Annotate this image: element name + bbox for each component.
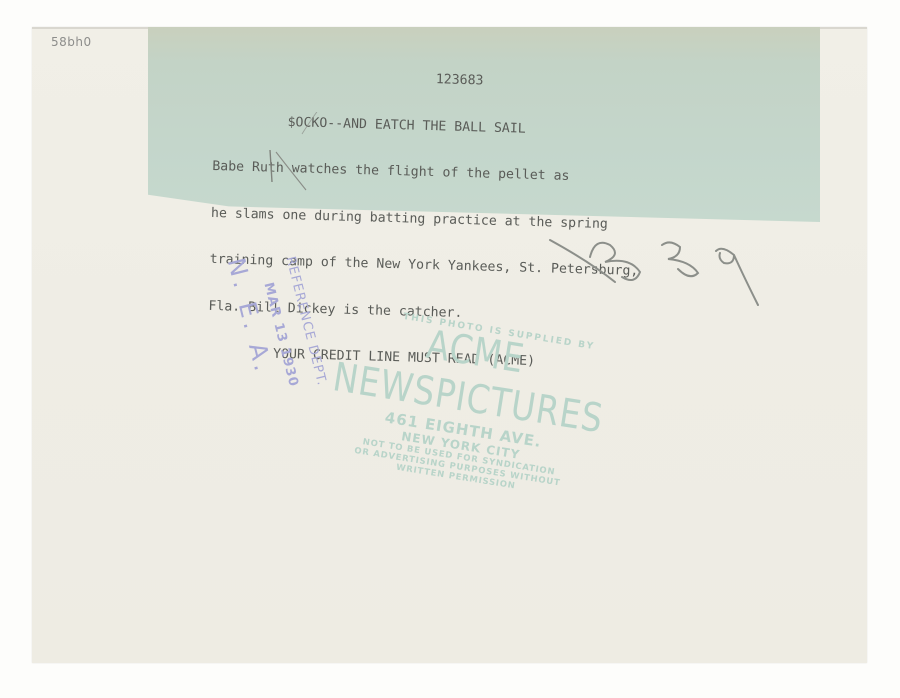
pencil-archive-id: 58bh0: [51, 35, 92, 49]
pencil-check-mark-icon: [262, 112, 342, 192]
handwritten-number-1339: [530, 217, 790, 327]
reference-dept-stamp: REFERENCE DEPT. MAR 13 1930 N. E. A.: [177, 249, 307, 449]
photo-card-back: 58bh0 123683 $OCKO--AND EATCH THE BALL S…: [32, 27, 867, 663]
reference-number: 123683: [215, 66, 644, 93]
